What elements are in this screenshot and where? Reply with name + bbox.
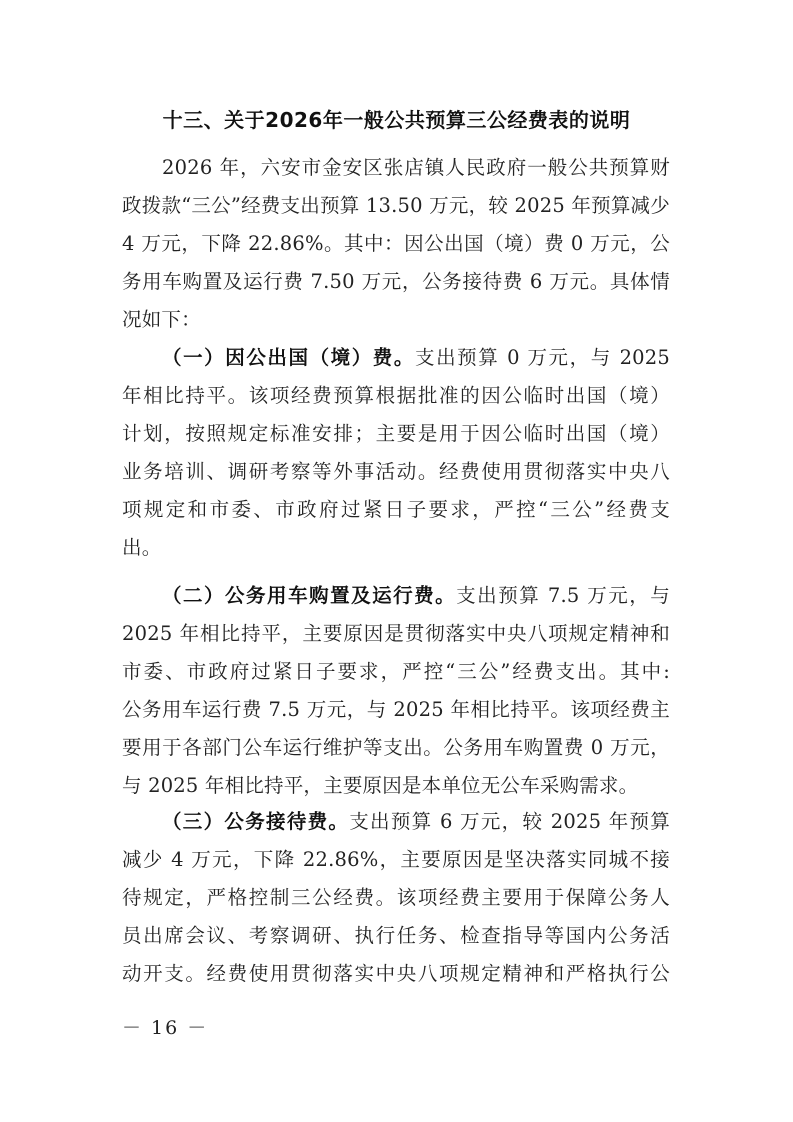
section-3-first-line: （三）公务接待费。支出预算 6 万元，较 2025 年预算	[162, 810, 670, 834]
section-1-first-line: （一）因公出国（境）费。支出预算 0 万元，与 2025	[162, 346, 670, 370]
section-1-line: 年相比持平。该项经费预算根据批准的因公临时出国（境）	[122, 384, 670, 408]
intro-line: 务用车购置及运行费 7.50 万元，公务接待费 6 万元。具体情	[122, 270, 670, 294]
section-1-first-line-text: 支出预算 0 万元，与 2025	[415, 346, 670, 369]
page-number: － 16 －	[122, 1013, 208, 1040]
section-3-heading: （三）公务接待费。	[162, 810, 349, 833]
intro-line: 况如下：	[122, 308, 670, 332]
section-2-heading: （二）公务用车购置及运行费。	[162, 584, 456, 607]
section-2-line: 要用于各部门公车运行维护等支出。公务用车购置费 0 万元，	[122, 736, 670, 760]
document-page: 十三、关于2026年一般公共预算三公经费表的说明 2026 年，六安市金安区张店…	[0, 0, 793, 1122]
section-2-line: 2025 年相比持平，主要原因是贯彻落实中央八项规定精神和	[122, 622, 670, 646]
section-2-line: 公务用车运行费 7.5 万元，与 2025 年相比持平。该项经费主	[122, 698, 670, 722]
section-3-line: 员出席会议、考察调研、执行任务、检查指导等国内公务活	[122, 924, 670, 948]
section-2-first-line: （二）公务用车购置及运行费。支出预算 7.5 万元，与	[162, 584, 670, 608]
section-3-first-line-text: 支出预算 6 万元，较 2025 年预算	[349, 810, 670, 833]
section-1-line: 项规定和市委、市政府过紧日子要求，严控“三公”经费支	[122, 498, 670, 522]
section-3-line: 减少 4 万元，下降 22.86%，主要原因是坚决落实同城不接	[122, 848, 670, 872]
page-title: 十三、关于2026年一般公共预算三公经费表的说明	[0, 104, 793, 133]
section-3-line: 待规定，严格控制三公经费。该项经费主要用于保障公务人	[122, 886, 670, 910]
section-1-line: 业务培训、调研考察等外事活动。经费使用贯彻落实中央八	[122, 460, 670, 484]
intro-line: 2026 年，六安市金安区张店镇人民政府一般公共预算财	[162, 156, 670, 180]
section-2-line: 与 2025 年相比持平，主要原因是本单位无公车采购需求。	[122, 774, 670, 798]
section-1-line: 出。	[122, 536, 670, 560]
section-2-first-line-text: 支出预算 7.5 万元，与	[456, 584, 670, 607]
intro-line: 4 万元，下降 22.86%。其中：因公出国（境）费 0 万元，公	[122, 232, 670, 256]
section-3-line: 动开支。经费使用贯彻落实中央八项规定精神和严格执行公	[122, 962, 670, 986]
section-1-line: 计划，按照规定标准安排；主要是用于因公临时出国（境）	[122, 422, 670, 446]
intro-line: 政拨款“三公”经费支出预算 13.50 万元，较 2025 年预算减少	[122, 194, 670, 218]
section-1-heading: （一）因公出国（境）费。	[162, 346, 415, 369]
section-2-line: 市委、市政府过紧日子要求，严控“三公”经费支出。其中:	[122, 660, 670, 684]
